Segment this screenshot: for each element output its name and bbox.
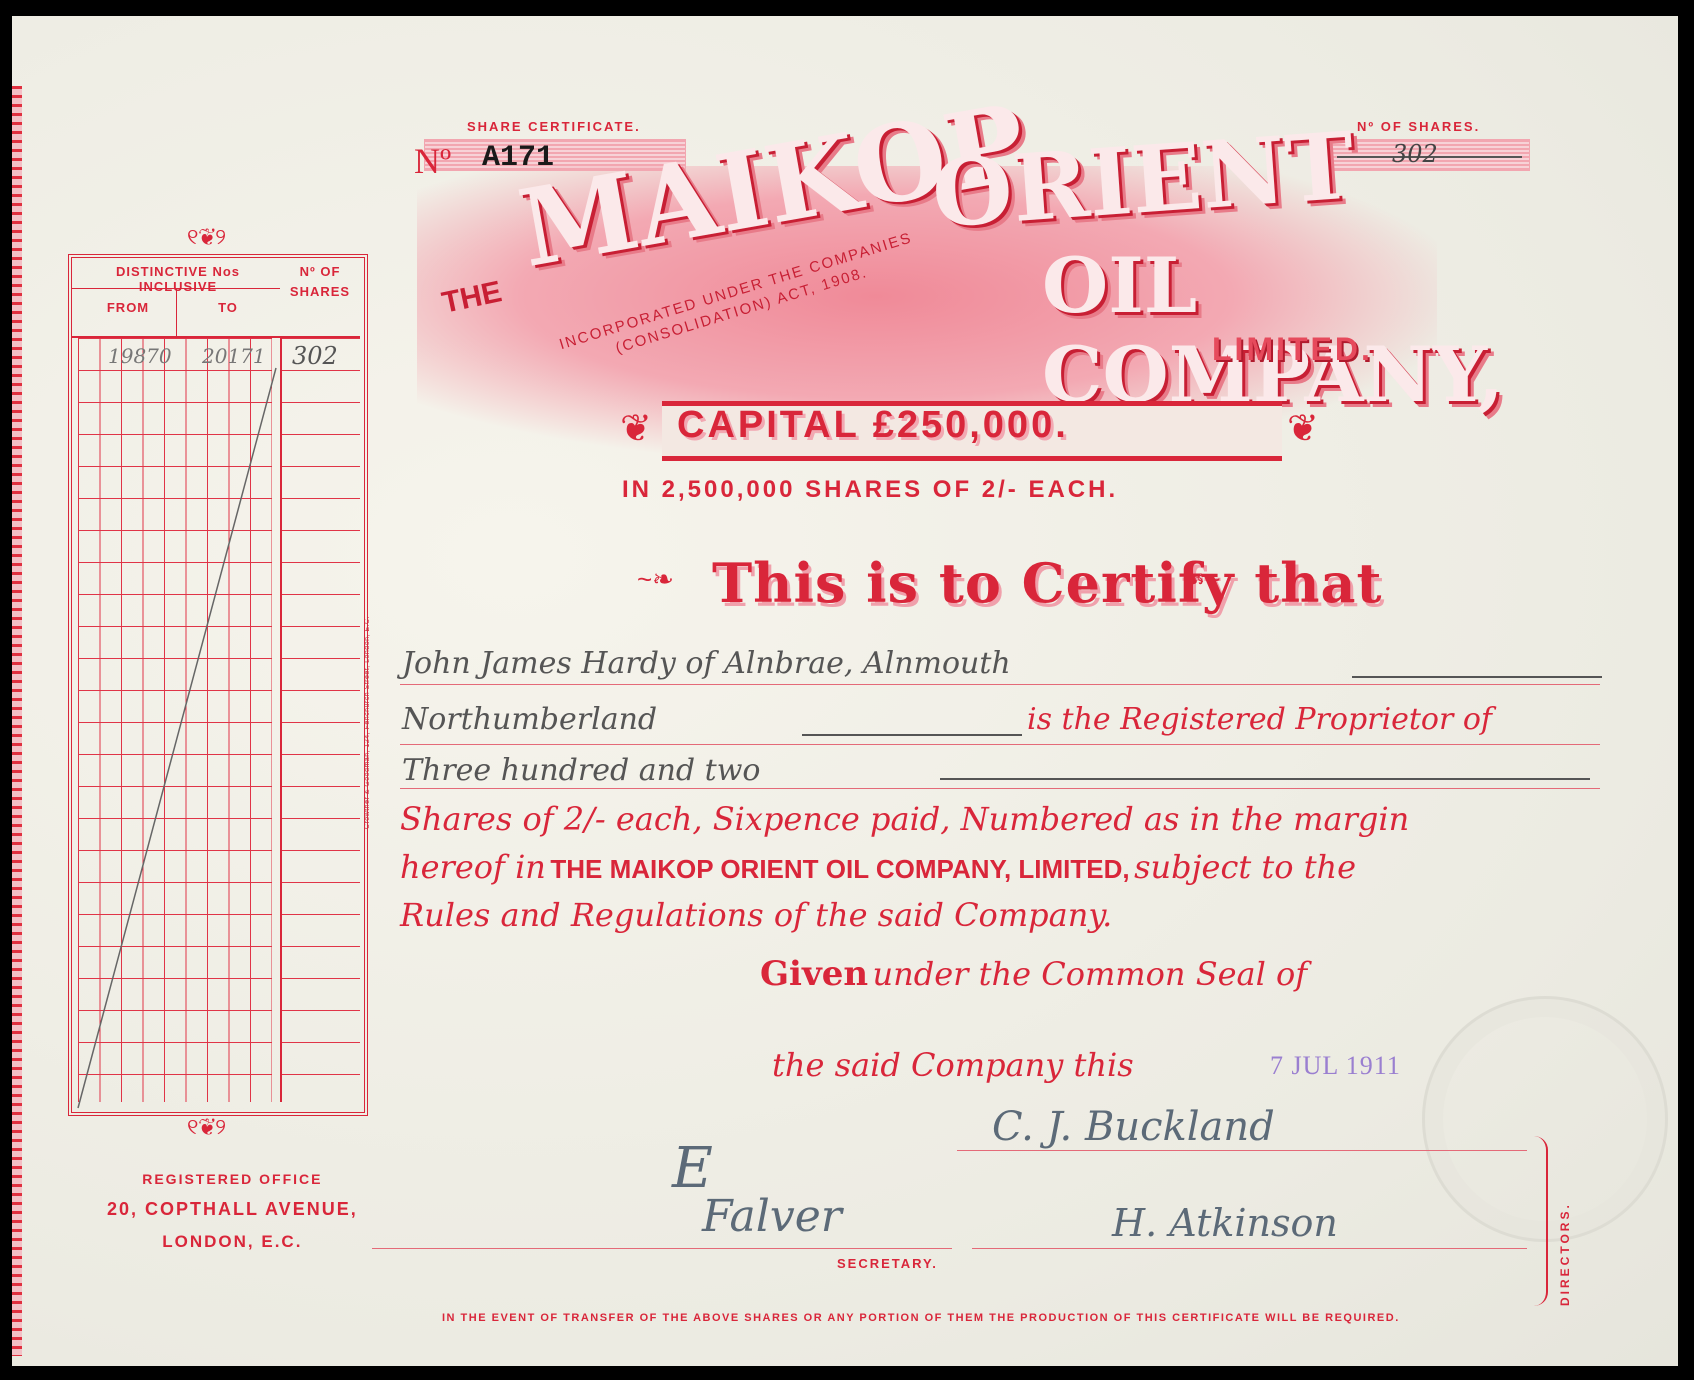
share-count-words: Three hundred and two xyxy=(402,753,760,788)
certify-heading: This is to Certify that xyxy=(712,551,1382,615)
body-line-hereof: hereof in THE MAIKOP ORIENT OIL COMPANY,… xyxy=(400,848,1356,886)
body-line-shares: Shares of 2/- each, Sixpence paid, Numbe… xyxy=(400,800,1409,838)
registered-office-label: REGISTERED OFFICE xyxy=(107,1171,358,1187)
director-2-rule xyxy=(972,1248,1527,1249)
holder-rule-1 xyxy=(400,684,1600,685)
capital-amount: CAPITAL £250,000. xyxy=(677,404,1069,447)
holder-name: John James Hardy of Alnbrae, Alnmouth xyxy=(402,646,1011,681)
transfer-notice: IN THE EVENT OF TRANSFER OF THE ABOVE SH… xyxy=(442,1312,1400,1324)
title-oil-company: OIL COMPANY, xyxy=(1042,241,1678,419)
date-stamp: 7 JUL 1911 xyxy=(1270,1051,1401,1081)
title-limited: LIMITED. xyxy=(1212,331,1373,368)
director-1-rule xyxy=(957,1150,1527,1151)
share-certificate-label: SHARE CERTIFICATE. xyxy=(467,119,641,134)
directors-brace xyxy=(1532,1136,1548,1306)
share-certificate: SHARE CERTIFICATE. Nº A171 Nº OF SHARES.… xyxy=(12,16,1678,1366)
ornament-left-icon: ❦ xyxy=(620,406,652,451)
secretary-rule xyxy=(372,1248,952,1249)
counterfoil-register: DISTINCTIVE Nos INCLUSIVE FROM TO Nº OF … xyxy=(68,254,368,1116)
secretary-label: SECRETARY. xyxy=(837,1256,938,1271)
holder-rule-3 xyxy=(400,788,1600,789)
company-this-text: the said Company this xyxy=(772,1046,1134,1084)
given-word: Given xyxy=(760,954,868,994)
counterfoil-bottom-ornament-icon: ୧❦୨ xyxy=(187,1114,226,1140)
given-line: Given under the Common Seal of xyxy=(760,954,1307,994)
directors-label: DIRECTORS. xyxy=(1558,1202,1572,1306)
hereof-prefix: hereof in xyxy=(400,848,546,886)
counterfoil-top-ornament-icon: ୧❦୨ xyxy=(187,224,226,250)
cancellation-line xyxy=(72,258,364,1112)
fill-dash xyxy=(940,778,1590,780)
shares-count-label: Nº OF SHARES. xyxy=(1357,119,1480,134)
holder-county: Northumberland xyxy=(402,702,657,737)
director-2-signature: H. Atkinson xyxy=(1112,1201,1338,1245)
registered-office-address-2: LONDON, E.C. xyxy=(107,1232,358,1252)
secretary-signature: Falver xyxy=(702,1191,842,1242)
director-1-signature: C. J. Buckland xyxy=(992,1104,1275,1150)
given-rest: under the Common Seal of xyxy=(873,955,1308,993)
registered-office-address-1: 20, COPTHALL AVENUE, xyxy=(107,1199,358,1220)
fill-dash xyxy=(1352,676,1602,678)
ornament-right-icon: ❦ xyxy=(1287,406,1319,451)
perforated-edge xyxy=(12,86,22,1356)
body-line-rules: Rules and Regulations of the said Compan… xyxy=(400,896,1112,934)
shares-count-value: 302 xyxy=(1392,140,1438,168)
flourish-left-icon: ~❧ xyxy=(637,564,674,595)
shares-denomination: IN 2,500,000 SHARES OF 2/- EACH. xyxy=(622,476,1118,504)
hereof-suffix: subject to the xyxy=(1134,848,1356,886)
flourish-right-icon: ☙~ xyxy=(1182,564,1221,595)
company-name-inline: THE MAIKOP ORIENT OIL COMPANY, LIMITED, xyxy=(550,854,1129,884)
registered-proprietor-text: is the Registered Proprietor of xyxy=(1027,702,1492,737)
registered-office: REGISTERED OFFICE 20, COPTHALL AVENUE, L… xyxy=(107,1171,358,1252)
holder-rule-2 xyxy=(400,744,1600,745)
fill-dash xyxy=(802,734,1022,736)
